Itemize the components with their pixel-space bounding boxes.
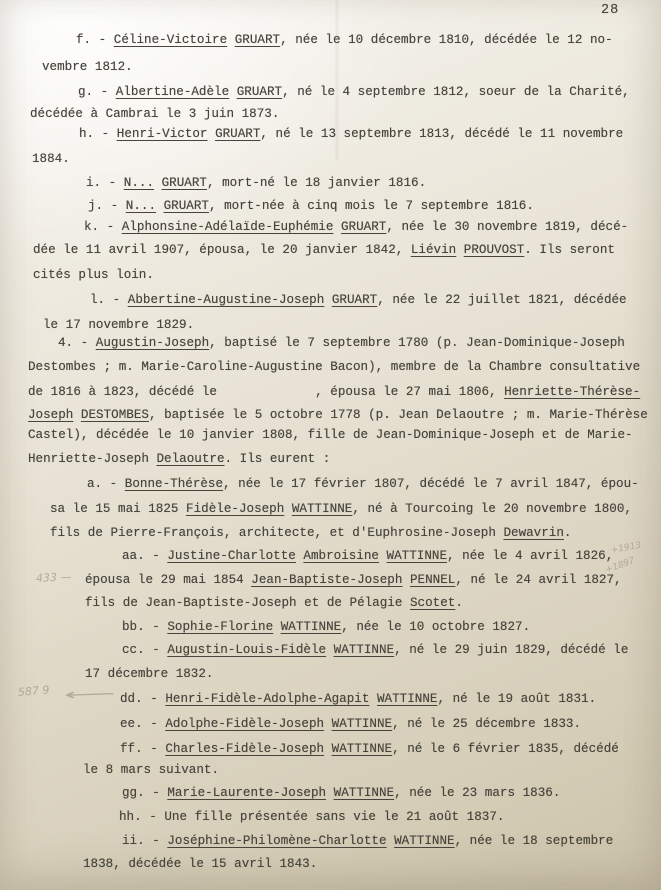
text-segment <box>326 786 334 800</box>
underlined-name: Alphonsine-Adélaïde-Euphémie <box>122 220 334 234</box>
text-line: j. - N... GRUART, mort-née à cinq mois l… <box>88 199 534 214</box>
underlined-name: Charles-Fidèle-Joseph <box>165 742 324 756</box>
text-segment: dd. - <box>120 692 165 706</box>
text-segment <box>379 549 387 563</box>
text-line: 17 décembre 1832. <box>85 667 213 682</box>
text-segment: . <box>564 526 572 540</box>
text-line: g. - Albertine-Adèle GRUART, né le 4 sep… <box>78 85 630 100</box>
text-segment <box>324 742 332 756</box>
text-segment: cités plus loin. <box>33 268 154 282</box>
text-segment <box>273 620 281 634</box>
text-line: aa. - Justine-Charlotte Ambroisine WATTI… <box>122 549 613 564</box>
text-segment: gg. - <box>122 786 167 800</box>
text-segment: fils de Jean-Baptiste-Joseph et de Pélag… <box>85 596 410 610</box>
text-segment: , née le 10 décembre 1810, décédée le 12… <box>280 33 613 47</box>
underlined-name: GRUART <box>235 33 280 47</box>
underlined-name: Augustin-Louis-Fidèle <box>167 643 326 657</box>
text-segment: épousa le 29 mai 1854 <box>85 573 251 587</box>
text-segment <box>324 293 332 307</box>
underlined-name: WATTINNE <box>332 742 392 756</box>
text-line: l. - Abbertine-Augustine-Joseph GRUART, … <box>90 293 627 308</box>
text-segment: , né à Tourcoing le 20 novembre 1800, <box>352 502 632 516</box>
text-segment: le 8 mars suivant. <box>83 763 219 777</box>
text-segment: Henriette-Joseph <box>28 452 156 466</box>
underlined-name: GRUART <box>341 220 386 234</box>
text-segment: , née le 4 avril 1826, <box>447 549 613 563</box>
text-segment: , baptisée le 5 octobre 1778 (p. Jean De… <box>149 408 648 422</box>
text-segment <box>324 717 332 731</box>
text-line: de 1816 à 1823, décédé le , épousa le 27… <box>28 385 640 400</box>
underlined-name: Fidèle-Joseph <box>186 502 284 516</box>
text-segment: ee. - <box>120 717 165 731</box>
underlined-name: Jean-Baptiste-Joseph <box>251 573 402 587</box>
text-line: dd. - Henri-Fidèle-Adolphe-Agapit WATTIN… <box>120 692 596 707</box>
text-segment: . Ils seront <box>524 243 615 257</box>
text-segment: l. - <box>90 293 128 307</box>
underlined-name: PROUVOST <box>464 243 524 257</box>
text-segment: 1884. <box>32 152 70 166</box>
text-segment: f. - <box>76 33 114 47</box>
underlined-name: WATTINNE <box>332 717 392 731</box>
document-body: f. - Céline-Victoire GRUART, née le 10 d… <box>0 0 661 890</box>
text-line: 1884. <box>32 152 70 167</box>
text-segment: a. - <box>87 477 125 491</box>
underlined-name: WATTINNE <box>281 620 341 634</box>
text-line: fils de Pierre-François, architecte, et … <box>50 526 571 541</box>
text-segment: décédée à Cambrai le 3 juin 1873. <box>30 107 279 121</box>
underlined-name: Henri-Victor <box>117 127 208 141</box>
underlined-name: WATTINNE <box>334 786 394 800</box>
text-segment <box>402 573 410 587</box>
text-segment: , né le 19 août 1831. <box>437 692 596 706</box>
text-segment <box>326 643 334 657</box>
text-line: f. - Céline-Victoire GRUART, née le 10 d… <box>76 33 613 48</box>
underlined-name: Henriette-Thérèse- <box>504 385 640 399</box>
text-segment: , née le 10 octobre 1827. <box>341 620 530 634</box>
text-segment: Destombes ; m. Marie-Caroline-Augustine … <box>28 360 640 374</box>
underlined-name: GRUART <box>215 127 260 141</box>
text-segment <box>284 502 292 516</box>
text-line: cités plus loin. <box>33 268 154 283</box>
text-segment: , né le 24 avril 1827, <box>455 573 621 587</box>
underlined-name: Marie-Laurente-Joseph <box>167 786 326 800</box>
text-segment: , né le 29 juin 1829, décédé le <box>394 643 628 657</box>
text-line: Joseph DESTOMBES, baptisée le 5 octobre … <box>28 408 648 423</box>
text-segment: , né le 6 février 1835, décédé <box>392 742 619 756</box>
text-line: a. - Bonne-Thérèse, née le 17 février 18… <box>87 477 639 492</box>
underlined-name: WATTINNE <box>292 502 352 516</box>
text-segment: le 17 novembre 1829. <box>43 318 194 332</box>
underlined-name: DESTOMBES <box>81 408 149 422</box>
underlined-name: Liévin <box>411 243 456 257</box>
text-segment: i. - <box>86 176 124 190</box>
text-segment <box>229 85 237 99</box>
text-segment: . <box>455 596 463 610</box>
text-segment: ff. - <box>120 742 165 756</box>
underlined-name: Adolphe-Fidèle-Joseph <box>165 717 324 731</box>
text-segment: , baptisé le 7 septembre 1780 (p. Jean-D… <box>209 336 625 350</box>
text-segment: h. - <box>79 127 117 141</box>
underlined-name: Ambroisine <box>303 549 379 563</box>
text-line: gg. - Marie-Laurente-Joseph WATTINNE, né… <box>122 786 560 801</box>
text-segment: , né le 4 septembre 1812, soeur de la Ch… <box>282 85 630 99</box>
text-segment: bb. - <box>122 620 167 634</box>
text-line: fils de Jean-Baptiste-Joseph et de Pélag… <box>85 596 463 611</box>
text-line: le 17 novembre 1829. <box>43 318 194 333</box>
text-segment: fils de Pierre-François, architecte, et … <box>50 526 503 540</box>
text-segment <box>156 199 164 213</box>
text-segment: , né le 13 septembre 1813, décédé le 11 … <box>260 127 623 141</box>
underlined-name: Justine-Charlotte <box>167 549 295 563</box>
text-line: sa le 15 mai 1825 Fidèle-Joseph WATTINNE… <box>50 502 632 517</box>
underlined-name: Sophie-Florine <box>167 620 273 634</box>
text-segment: . Ils eurent : <box>225 452 331 466</box>
pencil-arrow-left: ⟵ <box>64 684 116 704</box>
text-segment: 1838, décédée le 15 avril 1843. <box>83 857 317 871</box>
text-segment: k. - <box>84 220 122 234</box>
text-line: ii. - Joséphine-Philomène-Charlotte WATT… <box>122 834 613 849</box>
pencil-note-587-9: 587 9 <box>17 683 50 699</box>
text-segment: ii. - <box>122 834 167 848</box>
text-segment: , née le 30 novembre 1819, décé- <box>386 220 628 234</box>
text-segment: aa. - <box>122 549 167 563</box>
text-segment <box>227 33 235 47</box>
underlined-name: Scotet <box>410 596 455 610</box>
underlined-name: Delaoutre <box>156 452 224 466</box>
text-line: h. - Henri-Victor GRUART, né le 13 septe… <box>79 127 623 142</box>
underlined-name: Abbertine-Augustine-Joseph <box>128 293 325 307</box>
underlined-name: Henri-Fidèle-Adolphe-Agapit <box>165 692 369 706</box>
text-segment: hh. - Une fille présentée sans vie le 21… <box>119 810 504 824</box>
underlined-name: WATTINNE <box>334 643 394 657</box>
underlined-name: Joséphine-Philomène-Charlotte <box>167 834 386 848</box>
text-line: i. - N... GRUART, mort-né le 18 janvier … <box>86 176 426 191</box>
text-segment <box>208 127 216 141</box>
text-line: dée le 11 avril 1907, épousa, le 20 janv… <box>33 243 615 258</box>
text-segment <box>369 692 377 706</box>
text-line: le 8 mars suivant. <box>83 763 219 778</box>
underlined-name: Albertine-Adèle <box>116 85 229 99</box>
text-segment: , mort-née à cinq mois le 7 septembre 18… <box>209 199 534 213</box>
text-segment <box>73 408 81 422</box>
text-segment: , née le 22 juillet 1821, décédée <box>377 293 626 307</box>
text-segment: cc. - <box>122 643 167 657</box>
text-segment <box>387 834 395 848</box>
text-segment: g. - <box>78 85 116 99</box>
text-line: Castel), décédée le 10 janvier 1808, fil… <box>28 428 633 443</box>
underlined-name: Dewavrin <box>503 526 563 540</box>
underlined-name: WATTINNE <box>394 834 454 848</box>
underlined-name: GRUART <box>164 199 209 213</box>
underlined-name: Joseph <box>28 408 73 422</box>
text-line: épousa le 29 mai 1854 Jean-Baptiste-Jose… <box>85 573 622 588</box>
text-segment: , mort-né le 18 janvier 1816. <box>207 176 426 190</box>
underlined-name: WATTINNE <box>387 549 447 563</box>
text-segment: , née le 23 mars 1836. <box>394 786 560 800</box>
pencil-note-433: 433 — <box>36 570 72 585</box>
underlined-name: N... <box>124 176 154 190</box>
text-segment: , né le 25 décembre 1833. <box>392 717 581 731</box>
text-segment <box>333 220 341 234</box>
text-segment: dée le 11 avril 1907, épousa, le 20 janv… <box>33 243 411 257</box>
underlined-name: WATTINNE <box>377 692 437 706</box>
text-segment: de 1816 à 1823, décédé le , épousa le 27… <box>28 385 504 399</box>
text-segment: j. - <box>88 199 126 213</box>
text-line: 4. - Augustin-Joseph, baptisé le 7 septe… <box>58 336 625 351</box>
underlined-name: GRUART <box>162 176 207 190</box>
text-segment: Castel), décédée le 10 janvier 1808, fil… <box>28 428 633 442</box>
underlined-name: GRUART <box>332 293 377 307</box>
text-segment <box>456 243 464 257</box>
text-line: cc. - Augustin-Louis-Fidèle WATTINNE, né… <box>122 643 628 658</box>
underlined-name: Bonne-Thérèse <box>125 477 223 491</box>
text-line: Henriette-Joseph Delaoutre. Ils eurent : <box>28 452 330 467</box>
underlined-name: N... <box>126 199 156 213</box>
text-segment: , née le 17 février 1807, décédé le 7 av… <box>223 477 639 491</box>
text-line: ee. - Adolphe-Fidèle-Joseph WATTINNE, né… <box>120 717 581 732</box>
text-segment <box>154 176 162 190</box>
text-segment: sa le 15 mai 1825 <box>50 502 186 516</box>
text-line: bb. - Sophie-Florine WATTINNE, née le 10… <box>122 620 530 635</box>
document-page: 28 f. - Céline-Victoire GRUART, née le 1… <box>0 0 661 890</box>
text-segment: 17 décembre 1832. <box>85 667 213 681</box>
text-line: 1838, décédée le 15 avril 1843. <box>83 857 317 872</box>
underlined-name: Augustin-Joseph <box>96 336 209 350</box>
text-segment: vembre 1812. <box>42 60 133 74</box>
text-line: vembre 1812. <box>42 60 133 75</box>
text-line: ff. - Charles-Fidèle-Joseph WATTINNE, né… <box>120 742 619 757</box>
text-line: décédée à Cambrai le 3 juin 1873. <box>30 107 279 122</box>
text-segment: , née le 18 septembre <box>455 834 614 848</box>
underlined-name: GRUART <box>237 85 282 99</box>
text-line: Destombes ; m. Marie-Caroline-Augustine … <box>28 360 640 375</box>
text-segment: 4. - <box>58 336 96 350</box>
text-line: hh. - Une fille présentée sans vie le 21… <box>119 810 504 825</box>
underlined-name: Céline-Victoire <box>114 33 227 47</box>
text-line: k. - Alphonsine-Adélaïde-Euphémie GRUART… <box>84 220 628 235</box>
underlined-name: PENNEL <box>410 573 455 587</box>
